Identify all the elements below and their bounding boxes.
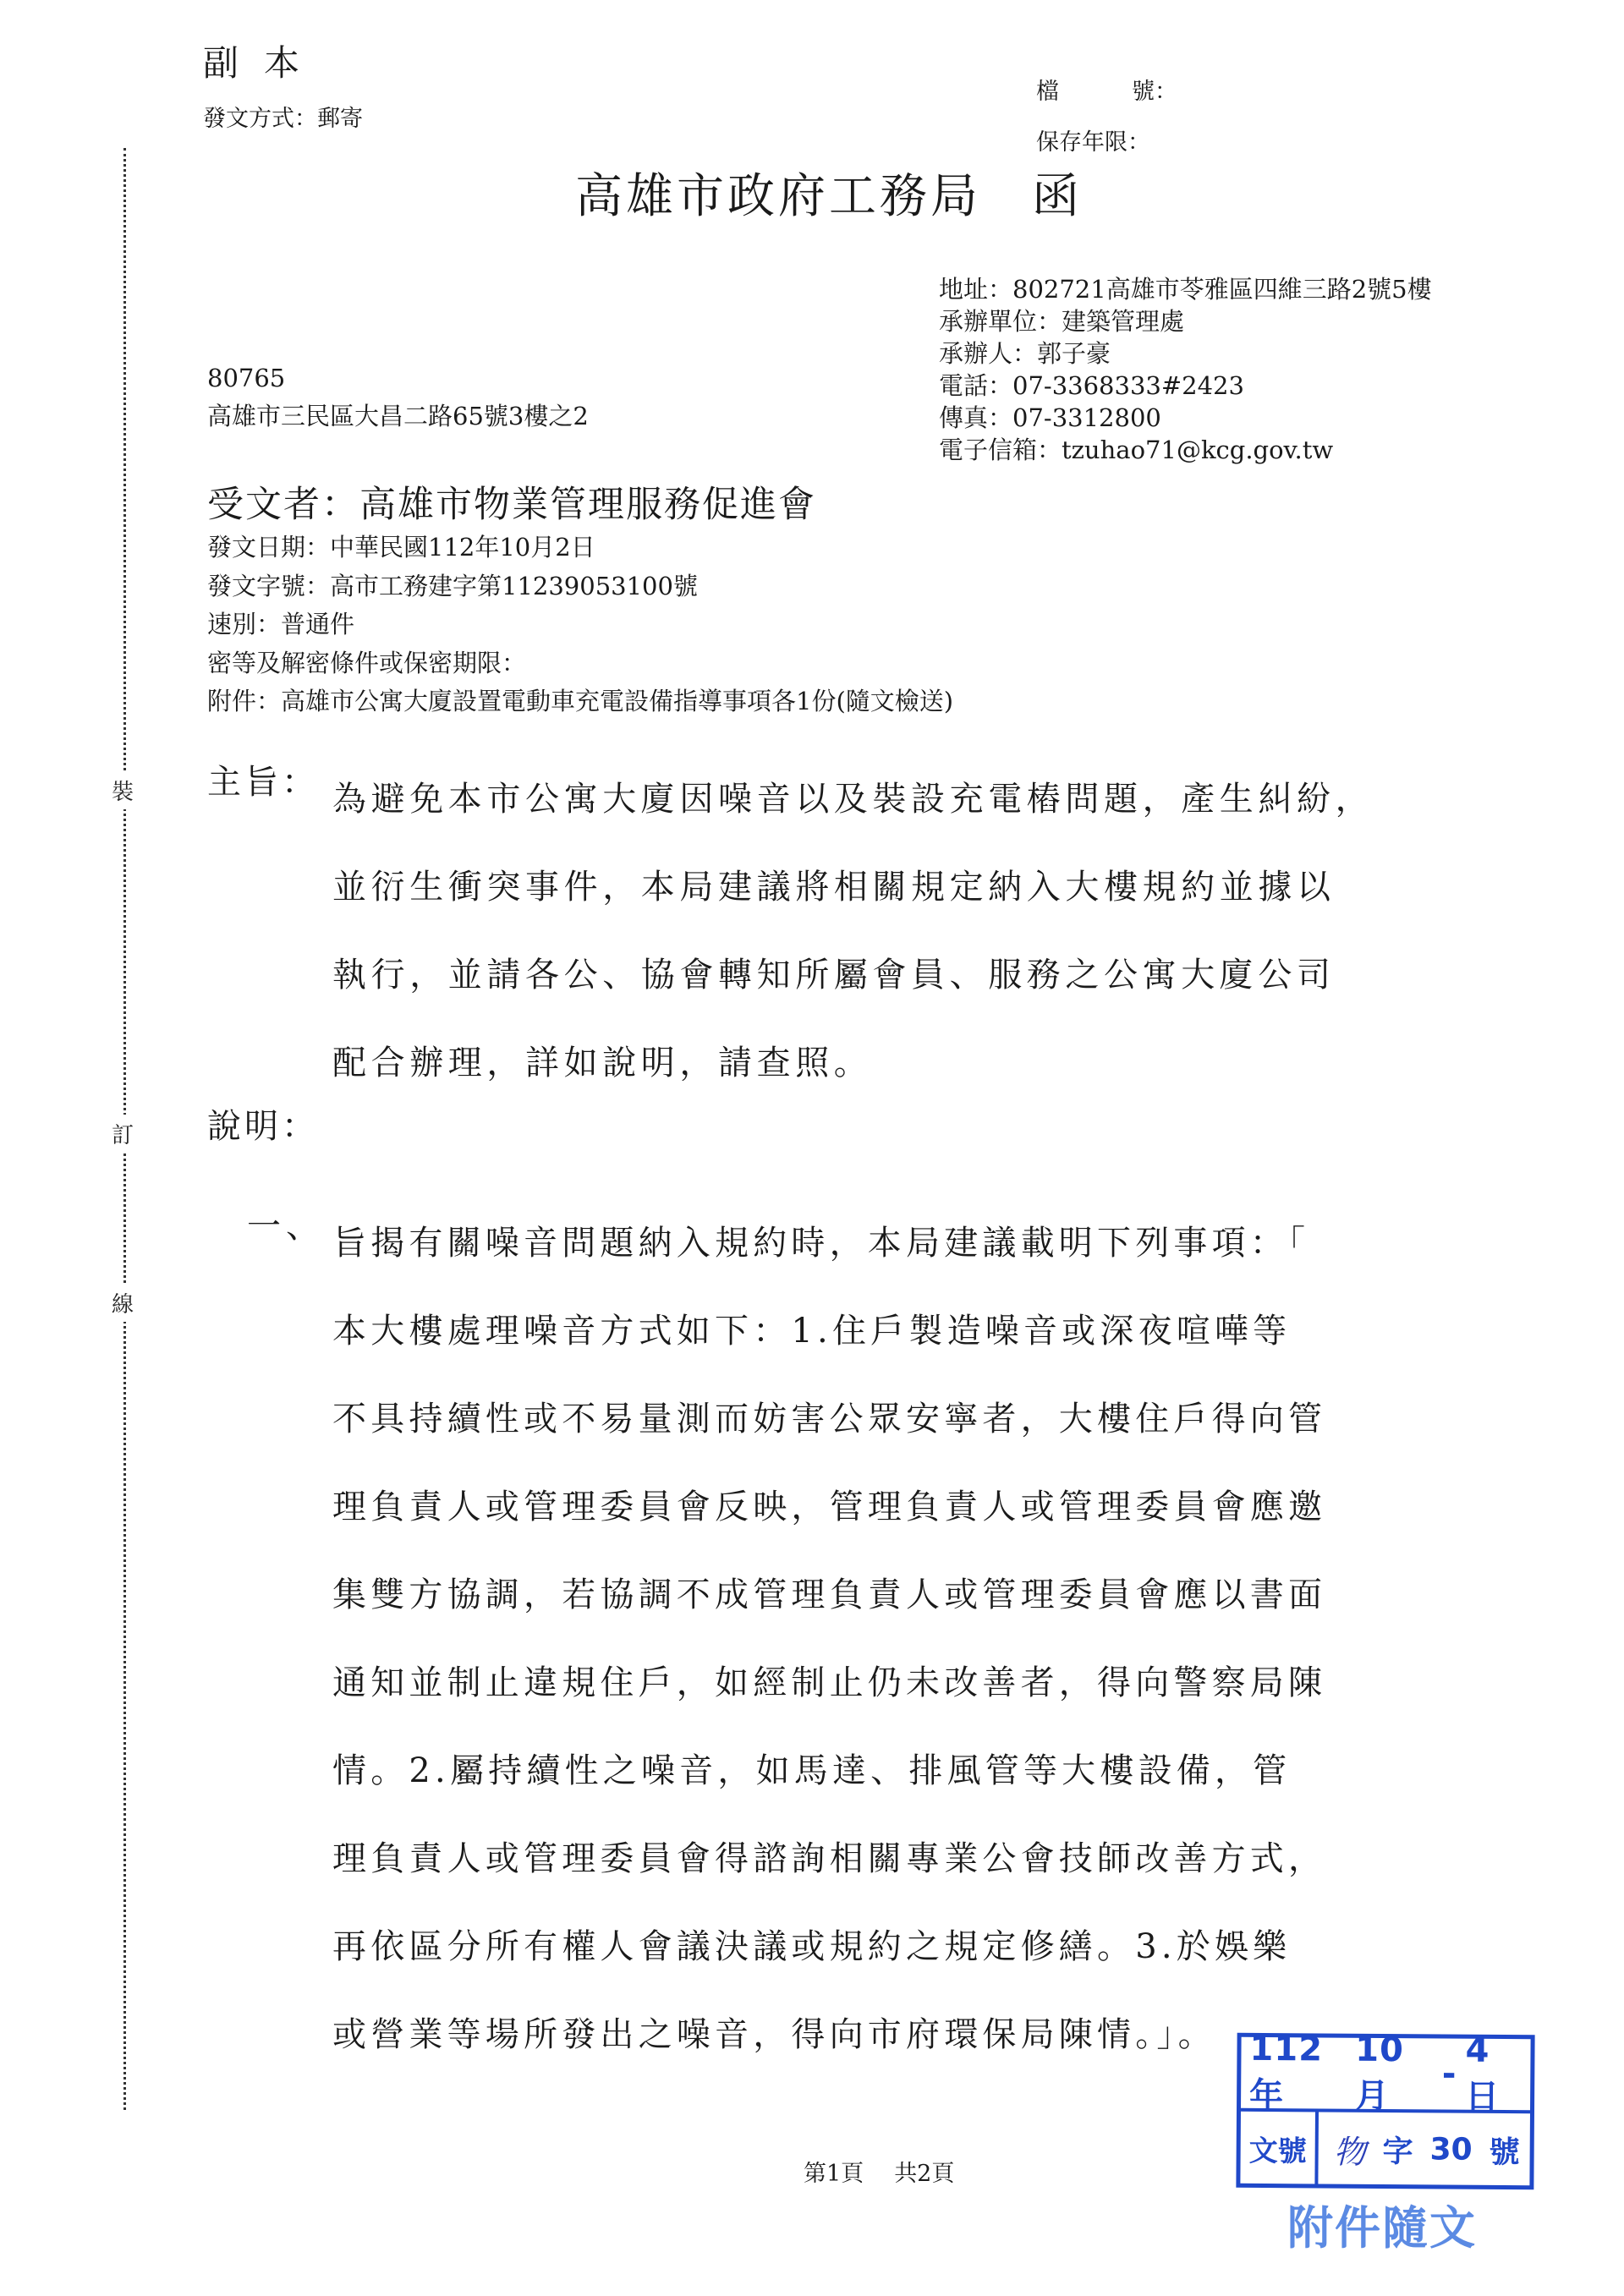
stamp-char: 字 [1382,2127,1413,2170]
document-metadata: 發文日期：中華民國112年10月2日 發文字號：高市工務建字第112390531… [207,529,953,721]
subject-line: 為避免本市公寓大廈因噪音以及裝設充電樁問題，產生糾紛， [332,755,1374,843]
confidentiality: 密等及解密條件或保密期限： [207,644,953,683]
stamp-date: 112年 10月 - 4日 [1241,2037,1531,2113]
subject-label: 主旨： [207,755,319,803]
stamp-handwritten-prefix: 物 [1333,2125,1365,2172]
contact-phone: 電話：07-3368333#2423 [939,370,1432,402]
stamp-number-label: 文號 [1240,2112,1319,2185]
stamp-suffix: 號 [1489,2128,1519,2171]
contact-email: 電子信箱：tzuhao71@kcg.gov.tw [939,434,1432,466]
subject-line: 配合辦理，詳如說明，請查照。 [332,1019,1374,1107]
receipt-stamp: 112年 10月 - 4日 文號 物 字 30 號 [1236,2033,1534,2189]
contact-address: 地址：802721高雄市苓雅區四維三路2號5樓 [939,273,1432,305]
copy-mark: 副本 [203,36,325,86]
binding-mark-ding: 訂 [112,1115,134,1153]
stamp-number-value: 物 字 30 號 [1318,2112,1530,2186]
delivery-speed: 速別：普通件 [207,606,953,644]
explanation-item-text: 旨揭有關噪音問題納入規約時，本局建議載明下列事項：「 本大樓處理噪音方式如下：1… [332,1199,1326,2079]
subject-line: 並衍生衝突事件，本局建議將相關規定納入大樓規約並據以 [332,843,1374,931]
send-method: 發文方式：郵寄 [203,100,363,133]
contact-fax: 傳真：07-3312800 [939,402,1432,434]
explanation-line: 理負責人或管理委員會得諮詢相關專業公會技師改善方式， [332,1815,1326,1903]
document-title: 高雄市政府工務局函 [575,159,1083,227]
retention-period-field: 保存年限： [1036,123,1150,156]
page-current: 第1頁 [804,2161,864,2187]
document-type: 函 [1032,169,1083,224]
contact-handler: 承辦人：郭子豪 [939,337,1432,370]
explanation-label: 說明： [207,1099,319,1148]
contact-block: 地址：802721高雄市苓雅區四維三路2號5樓 承辦單位：建築管理處 承辦人：郭… [939,273,1432,466]
issue-date: 發文日期：中華民國112年10月2日 [207,529,953,567]
explanation-line: 通知並制止違規住戶，如經制止仍未改善者，得向警察局陳 [332,1639,1326,1727]
file-number-field: 檔號： [1036,73,1177,106]
binding-mark-xian: 線 [112,1284,134,1322]
file-number-label-b: 號： [1132,79,1177,105]
stamp-number-row: 文號 物 字 30 號 [1240,2112,1530,2186]
explanation-line: 集雙方協調，若協調不成管理負責人或管理委員會應以書面 [332,1551,1326,1639]
explanation-line: 理負責人或管理委員會反映，管理負責人或管理委員會應邀 [332,1463,1326,1551]
explanation-line: 不具持續性或不易量測而妨害公眾安寧者，大樓住戶得向管 [332,1375,1326,1463]
stamp-month: 10月 [1355,2030,1431,2118]
file-number-label-a: 檔 [1036,79,1059,105]
explanation-line: 情。2.屬持續性之噪音，如馬達、排風管等大樓設備，管 [332,1727,1326,1815]
contact-unit: 承辦單位：建築管理處 [939,305,1432,337]
recipient-zip: 80765 [207,364,285,392]
page-indicator: 第1頁共2頁 [804,2155,954,2188]
explanation-item-number: 一、 [247,1199,325,1247]
explanation-line: 旨揭有關噪音問題納入規約時，本局建議載明下列事項：「 [332,1199,1326,1287]
stamp-day: 4日 [1465,2030,1519,2118]
subject-line: 執行，並請各公、協會轉知所屬會員、服務之公寓大廈公司 [332,931,1374,1019]
explanation-line: 或營業等場所發出之噪音，得向市府環保局陳情。」。 [332,1991,1326,2079]
explanation-line: 再依區分所有權人會議決議或規約之規定修繕。3.於娛樂 [332,1903,1326,1991]
recipient-address: 高雄市三民區大昌二路65號3樓之2 [207,397,589,432]
recipient: 受文者：高雄市物業管理服務促進會 [207,476,816,528]
page-total: 共2頁 [894,2161,954,2187]
document-number: 發文字號：高市工務建字第11239053100號 [207,567,953,606]
explanation-line: 本大樓處理噪音方式如下：1.住戶製造噪音或深夜喧嘩等 [332,1287,1326,1375]
attachment-enclosed-stamp: 附件隨文 [1287,2192,1477,2257]
stamp-year: 112年 [1249,2029,1347,2117]
stamp-number: 30 [1429,2132,1472,2167]
issuer-name: 高雄市政府工務局 [575,169,981,224]
binding-mark-zhuang: 裝 [112,771,134,809]
subject-text: 為避免本市公寓大廈因噪音以及裝設充電樁問題，產生糾紛， 並衍生衝突事件，本局建議… [332,755,1374,1107]
attachment-info: 附件：高雄市公寓大廈設置電動車充電設備指導事項各1份(隨文檢送) [207,682,953,721]
